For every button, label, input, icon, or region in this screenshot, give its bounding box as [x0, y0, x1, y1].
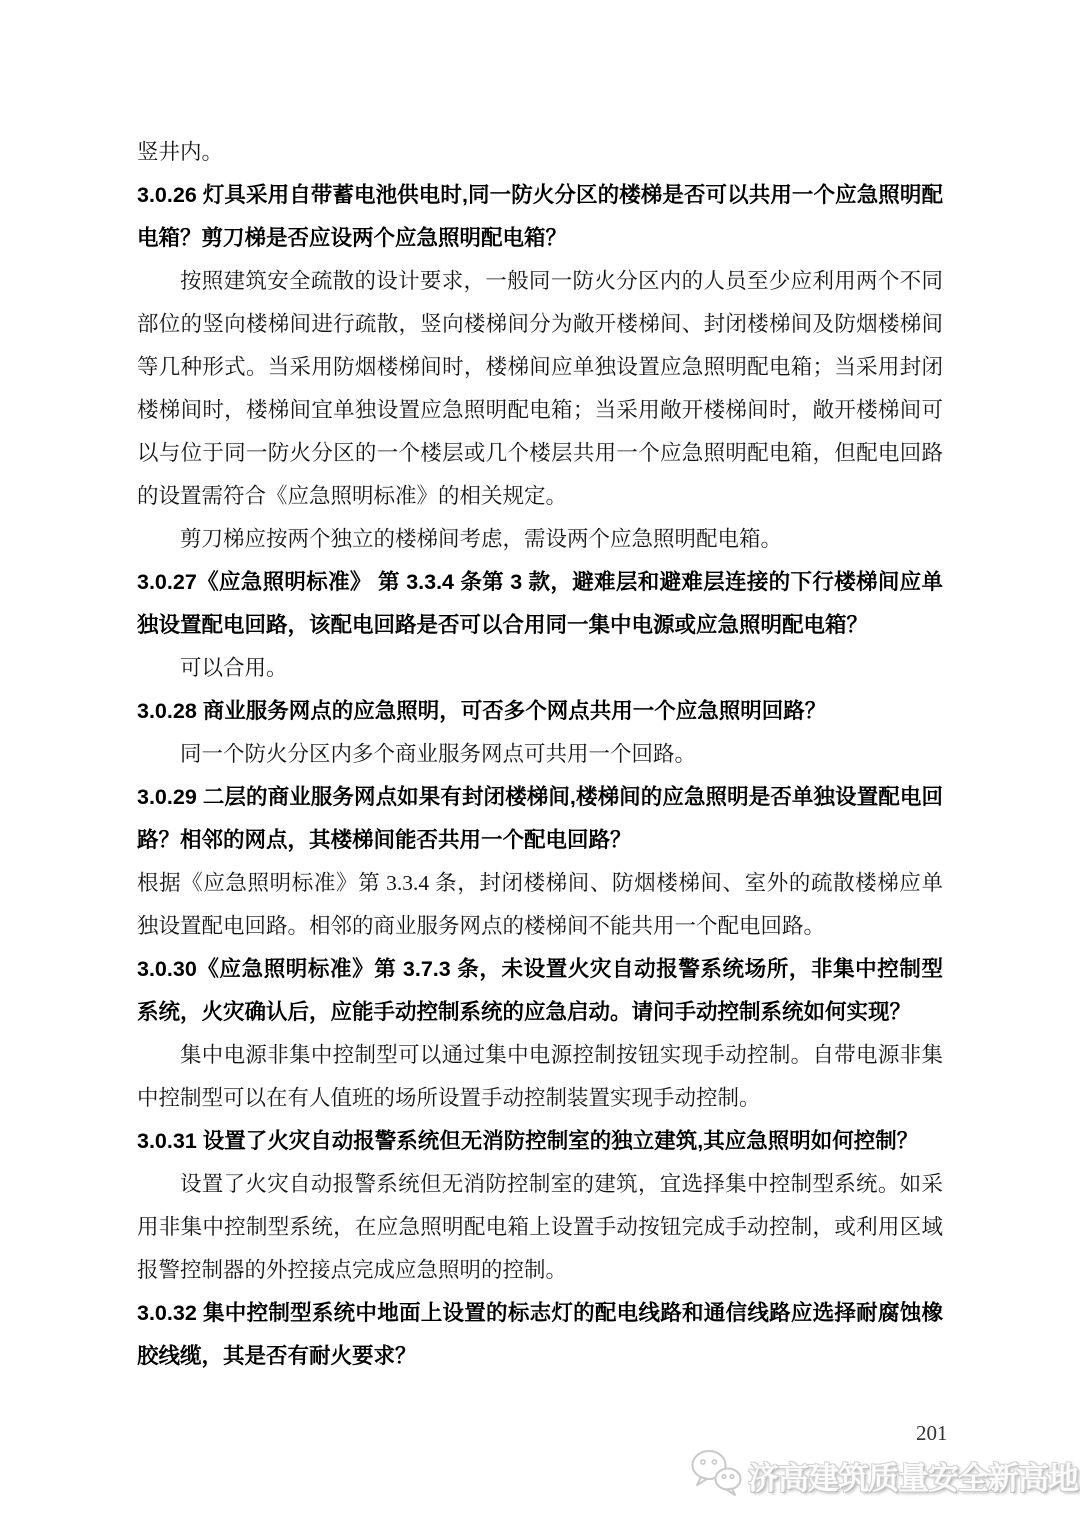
answer-3-0-29: 根据《应急照明标准》第 3.3.4 条，封闭楼梯间、防烟楼梯间、室外的疏散楼梯应…: [137, 862, 943, 948]
question-3-0-32: 3.0.32 集中控制型系统中地面上设置的标志灯的配电线路和通信线路应选择耐腐蚀…: [137, 1292, 943, 1378]
question-3-0-27: 3.0.27《应急照明标准》 第 3.3.4 条第 3 款，避难层和避难层连接的…: [137, 561, 943, 647]
answer-3-0-30: 集中电源非集中控制型可以通过集中电源控制按钮实现手动控制。自带电源非集中控制型可…: [137, 1034, 943, 1120]
wechat-icon: [690, 1448, 742, 1503]
answer-3-0-26-part-2: 剪刀梯应按两个独立的楼梯间考虑，需设两个应急照明配电箱。: [137, 518, 943, 561]
question-3-0-28: 3.0.28 商业服务网点的应急照明，可否多个网点共用一个应急照明回路？: [137, 690, 943, 733]
question-3-0-30: 3.0.30《应急照明标准》第 3.7.3 条，未设置火灾自动报警系统场所，非集…: [137, 948, 943, 1034]
answer-3-0-28: 同一个防火分区内多个商业服务网点可共用一个回路。: [137, 733, 943, 776]
page-content: 竖井内。 3.0.26 灯具采用自带蓄电池供电时,同一防火分区的楼梯是否可以共用…: [137, 131, 943, 1378]
question-3-0-26: 3.0.26 灯具采用自带蓄电池供电时,同一防火分区的楼梯是否可以共用一个应急照…: [137, 174, 943, 260]
watermark: 济高建筑质量安全新高地: [690, 1448, 1078, 1503]
question-3-0-29: 3.0.29 二层的商业服务网点如果有封闭楼梯间,楼梯间的应急照明是否单独设置配…: [137, 776, 943, 862]
question-3-0-31: 3.0.31 设置了火灾自动报警系统但无消防控制室的独立建筑,其应急照明如何控制…: [137, 1120, 943, 1163]
watermark-text: 济高建筑质量安全新高地: [748, 1453, 1078, 1498]
answer-3-0-27: 可以合用。: [137, 647, 943, 690]
page-number: 201: [916, 1421, 948, 1446]
answer-3-0-26-part-1: 按照建筑安全疏散的设计要求，一般同一防火分区内的人员至少应利用两个不同部位的竖向…: [137, 260, 943, 518]
answer-3-0-31: 设置了火灾自动报警系统但无消防控制室的建筑，宜选择集中控制型系统。如采用非集中控…: [137, 1163, 943, 1292]
intro-continuation-text: 竖井内。: [137, 131, 943, 174]
